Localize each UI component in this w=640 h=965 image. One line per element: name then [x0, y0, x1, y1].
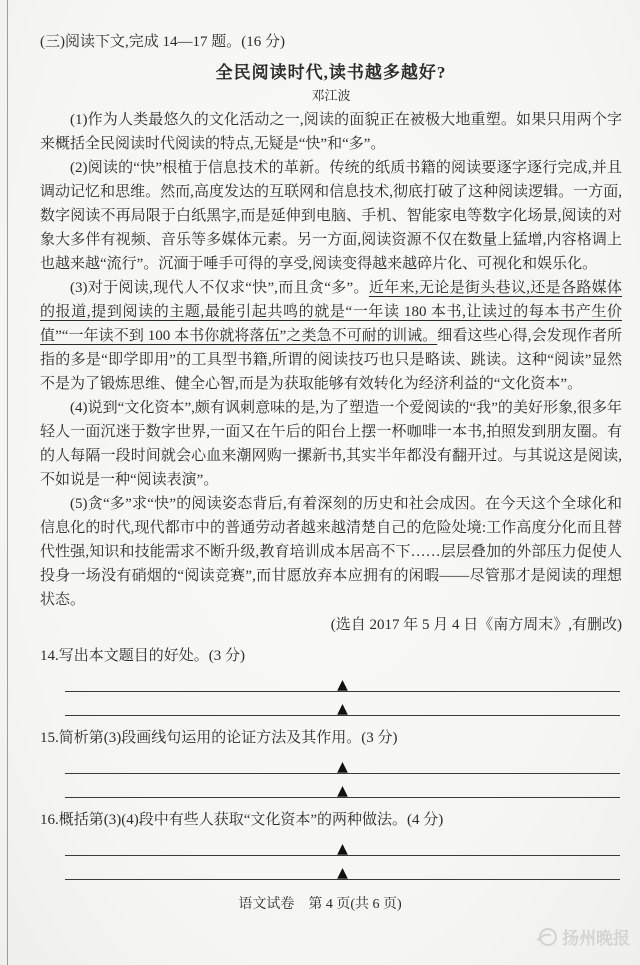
- page-footer: 语文试卷 第 4 页(共 6 页): [0, 895, 640, 915]
- answer-line: ▲: [65, 856, 620, 880]
- answer-line: ▲: [65, 668, 620, 692]
- answer-line: ▲: [65, 774, 620, 798]
- answer-placeholder-triangle: ▲: [337, 704, 348, 715]
- paragraph-2: (2)阅读的“快”根植于信息技术的革新。传统的纸质书籍的阅读要逐字逐行完成,并且…: [40, 156, 622, 276]
- watermark: 扬州晚报: [536, 924, 630, 949]
- source-attribution: (选自 2017 年 5 月 4 日《南方周末》,有删改): [40, 612, 622, 638]
- page-content: (三)阅读下文,完成 14—17 题。(16 分) 全民阅读时代,读书越多越好?…: [40, 30, 622, 880]
- answer-placeholder-triangle: ▲: [337, 786, 348, 797]
- question-16: 16.概括第(3)(4)段中有些人获取“文化资本”的两种做法。(4 分) ▲ ▲: [40, 808, 622, 880]
- paragraph-4: (4)说到“文化资本”,颇有讽刺意味的是,为了塑造一个爱阅读的“我”的美好形象,…: [40, 396, 622, 492]
- answer-line: ▲: [65, 832, 620, 856]
- article-title: 全民阅读时代,读书越多越好?: [40, 60, 622, 86]
- answer-line: ▲: [65, 692, 620, 716]
- watermark-text: 扬州晚报: [562, 924, 630, 949]
- question-15-text: 15.简析第(3)段画线句运用的论证方法及其作用。(3 分): [40, 726, 622, 750]
- paragraph-3-lead: (3)对于阅读,现代人不仅求“快”,而且贪“多”。: [70, 280, 369, 296]
- page-edge-line: [7, 0, 8, 965]
- article-author: 邓江波: [40, 86, 622, 106]
- paragraph-5: (5)贪“多”求“快”的阅读姿态背后,有着深刻的历史和社会成因。在今天这个全球化…: [40, 492, 622, 612]
- answer-placeholder-triangle: ▲: [337, 680, 348, 691]
- exam-paper-page: (三)阅读下文,完成 14—17 题。(16 分) 全民阅读时代,读书越多越好?…: [0, 0, 640, 965]
- section-header: (三)阅读下文,完成 14—17 题。(16 分): [40, 30, 622, 54]
- question-14-text: 14.写出本文题目的好处。(3 分): [40, 644, 622, 668]
- paragraph-3: (3)对于阅读,现代人不仅求“快”,而且贪“多”。近年来,无论是街头巷议,还是各…: [40, 276, 622, 396]
- answer-placeholder-triangle: ▲: [337, 844, 348, 855]
- question-15: 15.简析第(3)段画线句运用的论证方法及其作用。(3 分) ▲ ▲: [40, 726, 622, 798]
- answer-placeholder-triangle: ▲: [337, 868, 348, 879]
- question-16-text: 16.概括第(3)(4)段中有些人获取“文化资本”的两种做法。(4 分): [40, 808, 622, 832]
- answer-line: ▲: [65, 750, 620, 774]
- newspaper-logo-icon: [536, 926, 558, 948]
- answer-placeholder-triangle: ▲: [337, 762, 348, 773]
- question-14: 14.写出本文题目的好处。(3 分) ▲ ▲: [40, 644, 622, 716]
- paragraph-1: (1)作为人类最悠久的文化活动之一,阅读的面貌正在被极大地重塑。如果只用两个字来…: [40, 108, 622, 156]
